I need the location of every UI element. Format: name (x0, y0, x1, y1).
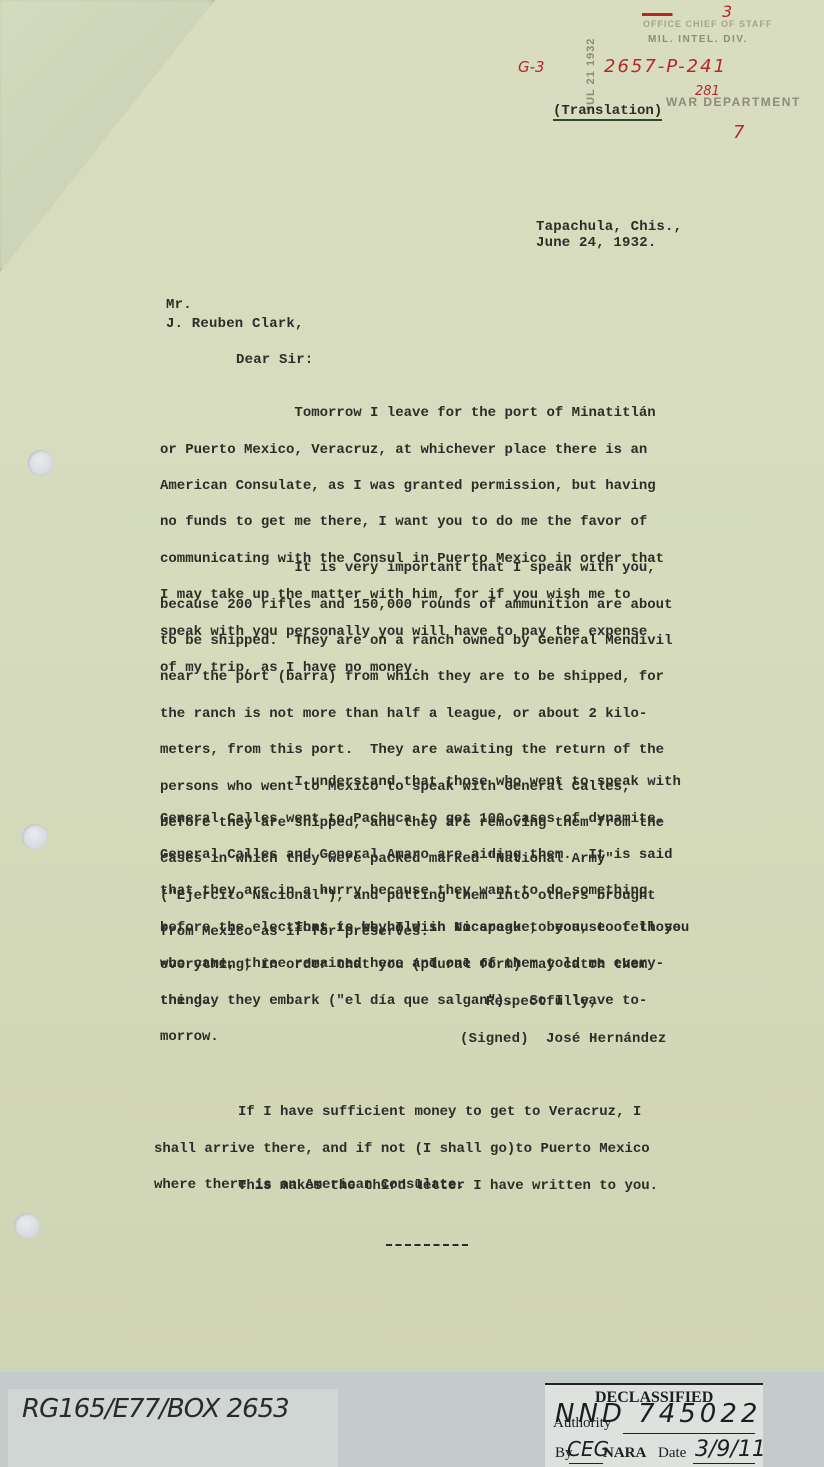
text-line: shall arrive there, and if not (I shall … (154, 1140, 734, 1158)
text-line: near the port (barra) from which they ar… (160, 668, 740, 686)
text-line: everything, in order that you (plural fo… (160, 956, 740, 974)
division-stamp: MIL. INTEL. DIV. (648, 34, 748, 45)
greeting: Dear Sir: (236, 351, 313, 369)
handwritten-g-label: G-3 (518, 58, 545, 76)
date-label: Date (658, 1445, 686, 1462)
agency-label: NARA (603, 1445, 646, 1462)
handwritten-page-mark: 7 (733, 122, 744, 143)
department-stamp: WAR DEPARTMENT (666, 95, 801, 109)
text-line: because 200 rifles and 150,000 rounds of… (160, 596, 740, 614)
text-line: the ranch is not more than half a league… (160, 705, 740, 723)
handwritten-top-number: 3 (722, 2, 732, 21)
end-divider (386, 1244, 468, 1246)
authority-line (623, 1433, 755, 1434)
translation-text: (Translation) (553, 103, 662, 121)
punch-hole-middle (22, 824, 48, 850)
date-line (693, 1463, 755, 1464)
text-line: to be shipped. They are on a ranch owned… (160, 632, 740, 650)
text-line: General Calles went to Pachuca to get 10… (160, 810, 740, 828)
text-line: It is very important that I speak with y… (160, 559, 740, 577)
postscript-2: This makes the third letter I have writt… (154, 1159, 734, 1214)
text-line: That is why I wish to speak to you, to t… (160, 919, 740, 937)
text-line: American Consulate, as I was granted per… (160, 477, 740, 495)
by-line (569, 1463, 603, 1464)
text-line: that they are in a hurry because they wa… (160, 882, 740, 900)
text-line: If I have sufficient money to get to Ver… (154, 1103, 734, 1121)
text-line: General Calles and General Amaro are aid… (160, 846, 740, 864)
authority-value: NND 745022 (555, 1399, 761, 1429)
translation-label: (Translation) (553, 103, 662, 119)
date-value: 3/9/11 (695, 1437, 766, 1462)
punch-hole-top (28, 450, 54, 476)
recipient-name: J. Reuben Clark, (166, 315, 304, 333)
received-date-stamp: JUL 21 1932 (585, 38, 597, 112)
letter-date: June 24, 1932. (536, 234, 656, 252)
text-line: the day they embark ("el día que salgan"… (160, 992, 740, 1010)
declassified-stamp: DECLASSIFIED Authority NND 745022 By CEG… (545, 1383, 763, 1467)
text-line: or Puerto Mexico, Veracruz, at whichever… (160, 441, 740, 459)
salutation-title: Mr. (166, 296, 192, 314)
text-line: no funds to get me there, I want you to … (160, 513, 740, 531)
signature: (Signed) José Hernández (460, 1030, 666, 1048)
text-line: Tomorrow I leave for the port of Minatit… (160, 404, 740, 422)
handwritten-sub-number: 281 (695, 84, 720, 99)
archive-label: RG165/E77/BOX 2653 (22, 1394, 289, 1424)
closing: Respectfully, (486, 993, 598, 1011)
struck-mark (642, 4, 673, 23)
handwritten-file-number: 2657-P-241 (604, 56, 727, 77)
punch-hole-bottom (14, 1213, 40, 1239)
text-line: This makes the third letter I have writt… (154, 1177, 734, 1195)
text-line: I understand that those who went to spea… (160, 773, 740, 791)
